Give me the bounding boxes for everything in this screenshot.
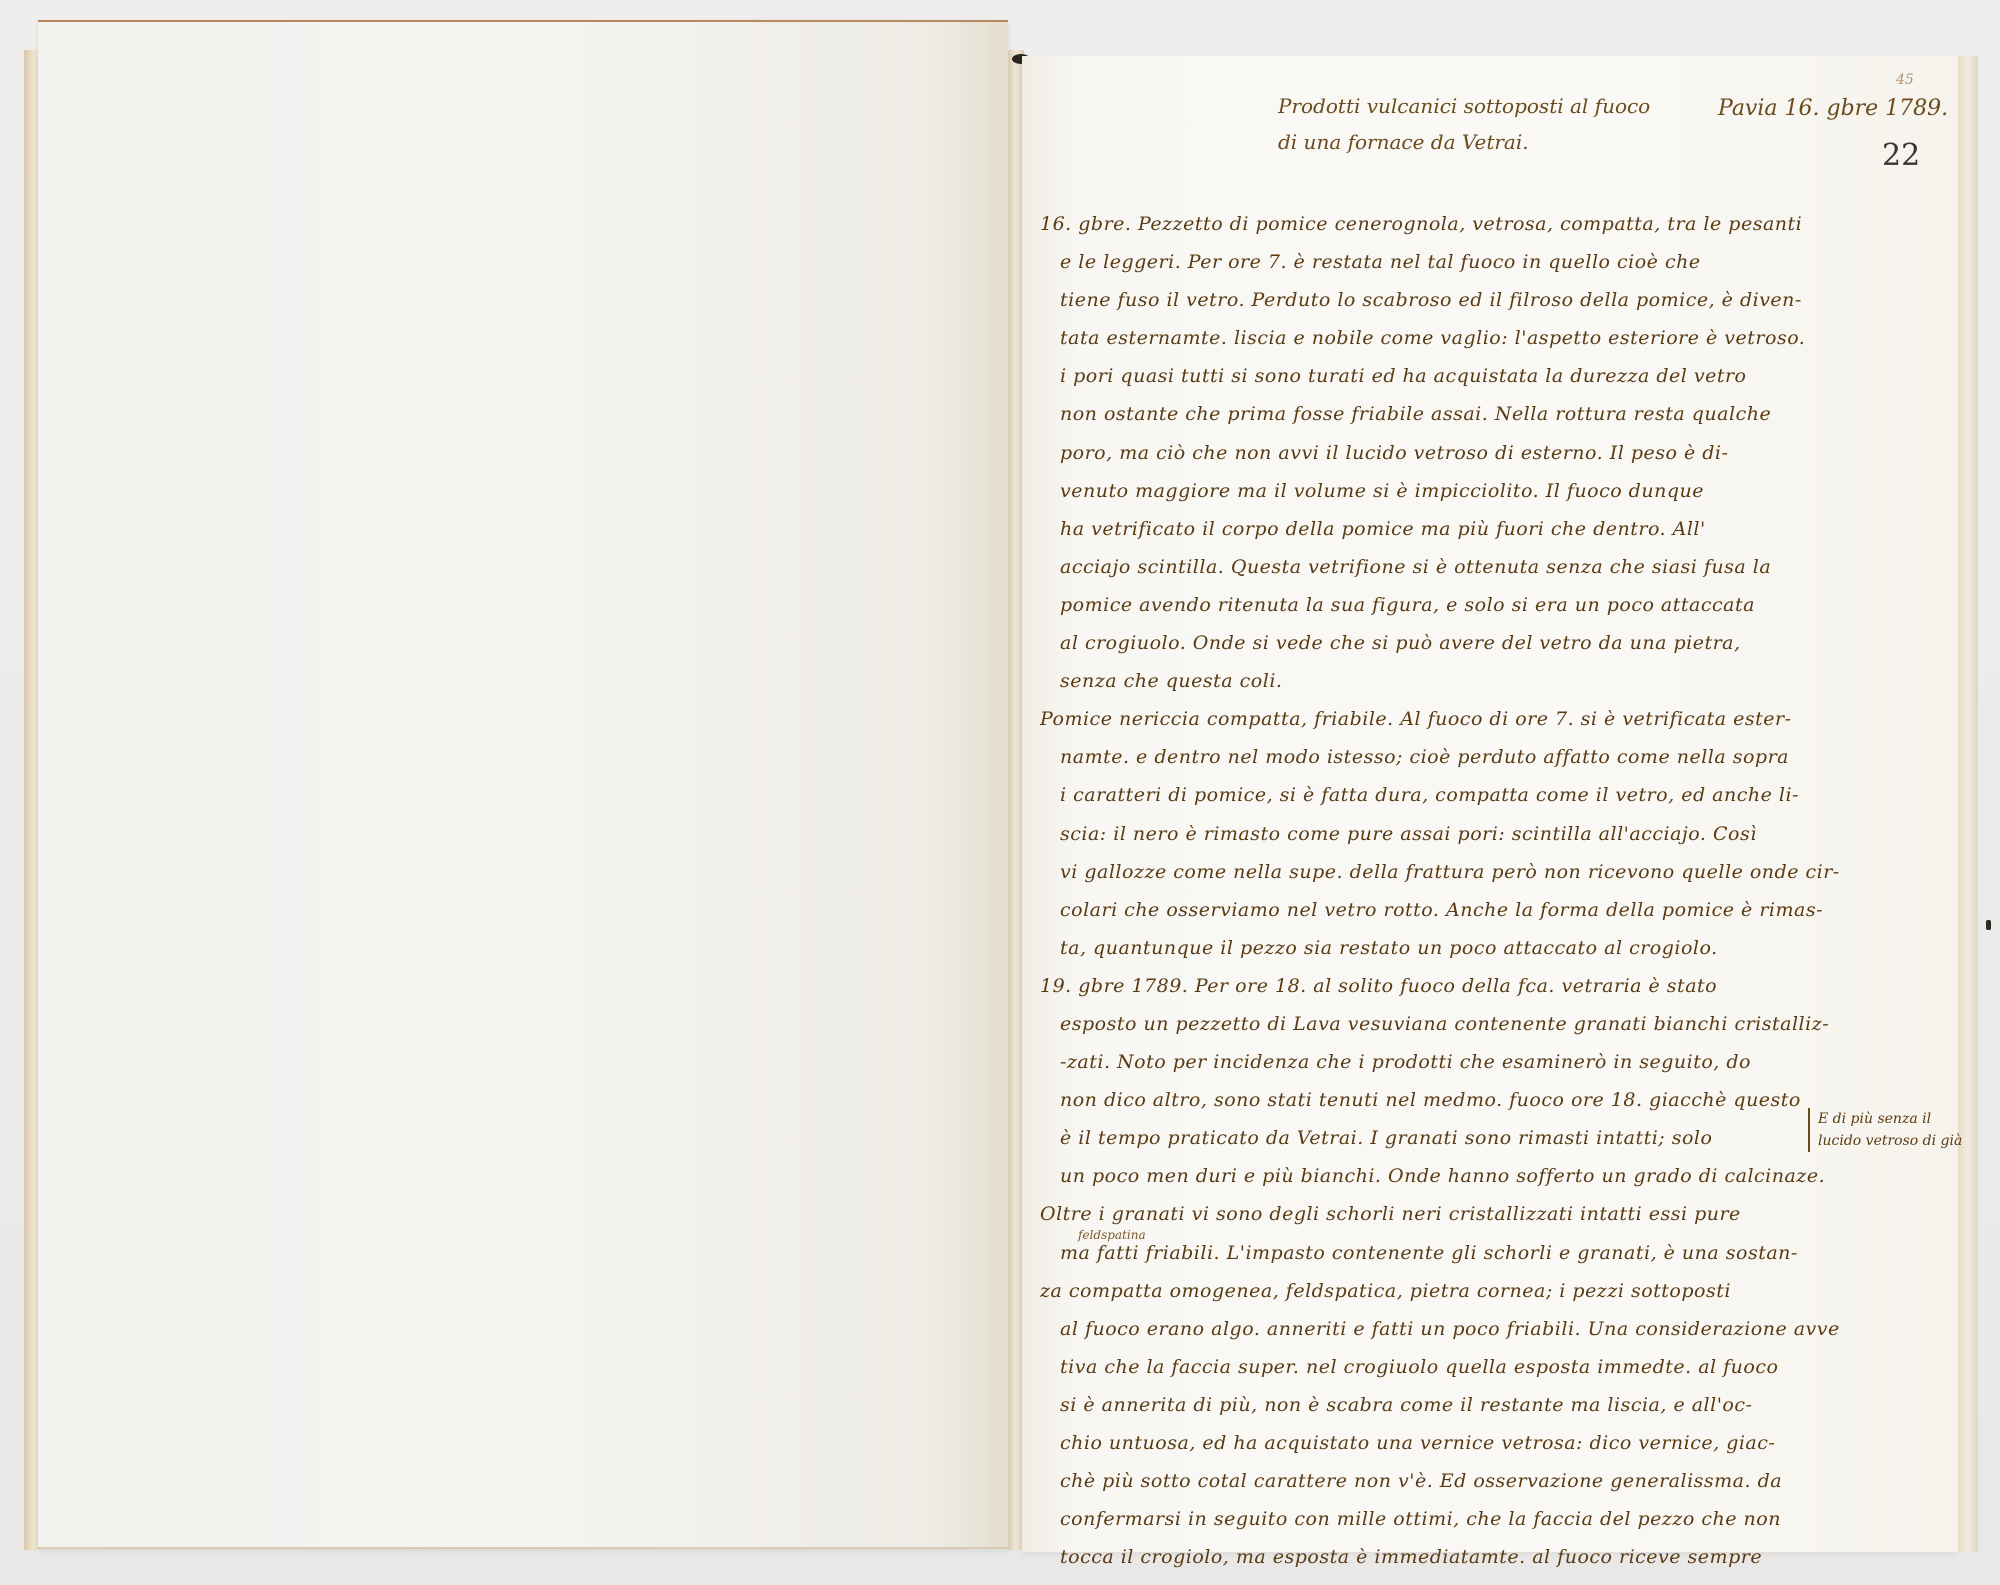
manuscript-line: non dico altro, sono stati tenuti nel me… xyxy=(1040,1081,1840,1119)
manuscript-line: pomice avendo ritenuta la sua figura, e … xyxy=(1040,586,1840,624)
manuscript-line: e le leggeri. Per ore 7. è restata nel t… xyxy=(1040,243,1840,281)
heading-line: di una fornace da Vetrai. xyxy=(1278,124,1658,160)
manuscript-line: si è annerita di più, non è scabra come … xyxy=(1040,1386,1840,1424)
manuscript-line: ta, quantunque il pezzo sia restato un p… xyxy=(1040,929,1840,967)
manuscript-line: chè più sotto cotal carattere non v'è. E… xyxy=(1040,1462,1840,1500)
manuscript-line: non ostante che prima fosse friabile ass… xyxy=(1040,395,1840,433)
archival-number: 45 xyxy=(1896,72,1914,88)
marginal-note-line: lucido vetroso di già xyxy=(1818,1130,1968,1152)
manuscript-line: i pori quasi tutti si sono turati ed ha … xyxy=(1040,357,1840,395)
manuscript-line: vi gallozze come nella supe. della fratt… xyxy=(1040,853,1840,891)
manuscript-line: al fuoco erano algo. anneriti e fatti un… xyxy=(1040,1310,1840,1348)
manuscript-line: tiva che la faccia super. nel crogiuolo … xyxy=(1040,1348,1840,1386)
manuscript-line: tiene fuso il vetro. Perduto lo scabroso… xyxy=(1040,281,1840,319)
marginal-note-line: E di più senza il xyxy=(1818,1108,1968,1130)
right-page-edge xyxy=(1958,56,1978,1552)
manuscript-line: ma fatti friabili. L'impasto contenente … xyxy=(1040,1234,1840,1272)
page-date: Pavia 16. gbre 1789. xyxy=(1718,96,1948,121)
manuscript-line: venuto maggiore ma il volume si è impicc… xyxy=(1040,472,1840,510)
edge-mark xyxy=(1986,920,1991,930)
manuscript-line: al crogiuolo. Onde si vede che si può av… xyxy=(1040,624,1840,662)
manuscript-body: 16. gbre. Pezzetto di pomice cenerognola… xyxy=(1040,205,1840,1576)
manuscript-line: senza che questa coli. xyxy=(1040,662,1840,700)
manuscript-line: è il tempo praticato da Vetrai. I granat… xyxy=(1040,1119,1840,1157)
manuscript-line: acciajo scintilla. Questa vetrifione si … xyxy=(1040,548,1840,586)
manuscript-line: poro, ma ciò che non avvi il lucido vetr… xyxy=(1040,434,1840,472)
manuscript-line: Oltre i granati vi sono degli schorli ne… xyxy=(1040,1195,1840,1233)
manuscript-line: un poco men duri e più bianchi. Onde han… xyxy=(1040,1157,1840,1195)
folio-number: 22 xyxy=(1882,138,1920,173)
manuscript-line: colari che osserviamo nel vetro rotto. A… xyxy=(1040,891,1840,929)
manuscript-line: chio untuosa, ed ha acquistato una verni… xyxy=(1040,1424,1840,1462)
manuscript-line: esposto un pezzetto di Lava vesuviana co… xyxy=(1040,1005,1840,1043)
manuscript-line: tocca il crogiolo, ma esposta è immediat… xyxy=(1040,1538,1840,1576)
heading-line: Prodotti vulcanici sottoposti al fuoco xyxy=(1278,88,1658,124)
marginal-note: E di più senza il lucido vetroso di già xyxy=(1808,1108,1968,1152)
manuscript-line: 16. gbre. Pezzetto di pomice cenerognola… xyxy=(1040,205,1840,243)
manuscript-line: confermarsi in seguito con mille ottimi,… xyxy=(1040,1500,1840,1538)
manuscript-line: -zati. Noto per incidenza che i prodotti… xyxy=(1040,1043,1840,1081)
left-page-blank xyxy=(38,20,1008,1549)
interlinear-insertion: feldspatina xyxy=(1078,1228,1146,1242)
manuscript-line: ha vetrificato il corpo della pomice ma … xyxy=(1040,510,1840,548)
manuscript-line: za compatta omogenea, feldspatica, pietr… xyxy=(1040,1272,1840,1310)
manuscript-line: i caratteri di pomice, si è fatta dura, … xyxy=(1040,776,1840,814)
manuscript-line: tata esternamte. liscia e nobile come va… xyxy=(1040,319,1840,357)
page-heading: Prodotti vulcanici sottoposti al fuoco d… xyxy=(1278,88,1658,160)
manuscript-line: scia: il nero è rimasto come pure assai … xyxy=(1040,815,1840,853)
manuscript-line: namte. e dentro nel modo istesso; cioè p… xyxy=(1040,738,1840,776)
manuscript-line: 19. gbre 1789. Per ore 18. al solito fuo… xyxy=(1040,967,1840,1005)
manuscript-line: Pomice nericcia compatta, friabile. Al f… xyxy=(1040,700,1840,738)
